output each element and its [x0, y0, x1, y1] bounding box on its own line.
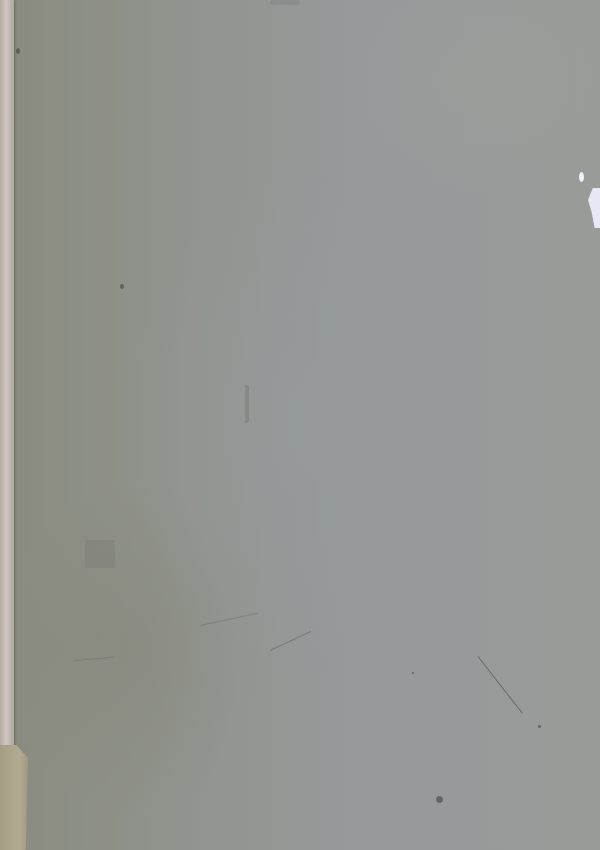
surface-spot	[120, 284, 124, 289]
surface-spot	[412, 672, 414, 674]
binding-spine-strip	[0, 0, 14, 850]
cover-board	[12, 0, 600, 850]
binding-lower-patch	[0, 745, 28, 850]
surface-spot	[538, 725, 541, 728]
small-tear-hole	[579, 172, 584, 182]
scanned-page	[0, 0, 600, 850]
surface-smudge	[85, 540, 115, 568]
surface-spot	[16, 48, 20, 54]
surface-spot	[436, 796, 443, 803]
surface-smudge	[245, 385, 249, 423]
surface-smudge	[270, 0, 300, 5]
